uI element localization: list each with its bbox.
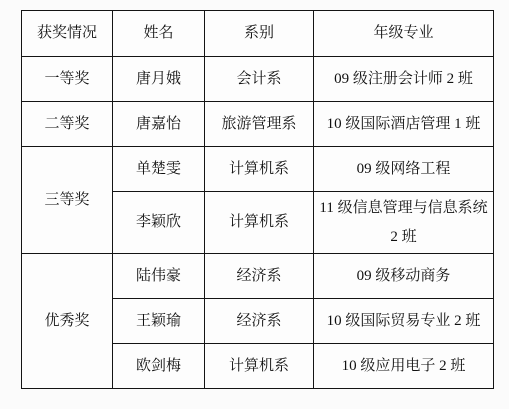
major-cell: 10 级国际贸易专业 2 班 (314, 299, 494, 344)
name-cell: 李颖欣 (113, 192, 205, 254)
table-row: 三等奖 单楚雯 计算机系 09 级网络工程 (22, 147, 494, 192)
name-cell: 唐嘉怡 (113, 102, 205, 147)
major-cell: 10 级国际酒店管理 1 班 (314, 102, 494, 147)
header-cell-name: 姓名 (113, 11, 205, 57)
major-cell: 09 级注册会计师 2 班 (314, 57, 494, 102)
dept-cell: 计算机系 (205, 147, 314, 192)
major-cell: 09 级网络工程 (314, 147, 494, 192)
major-cell: 11 级信息管理与信息系统 2 班 (314, 192, 494, 254)
award-cell: 三等奖 (22, 147, 113, 254)
dept-cell: 旅游管理系 (205, 102, 314, 147)
name-cell: 单楚雯 (113, 147, 205, 192)
table-row: 二等奖 唐嘉怡 旅游管理系 10 级国际酒店管理 1 班 (22, 102, 494, 147)
header-cell-award: 获奖情况 (22, 11, 113, 57)
header-cell-major: 年级专业 (314, 11, 494, 57)
name-cell: 唐月娥 (113, 57, 205, 102)
table-header-row: 获奖情况 姓名 系别 年级专业 (22, 11, 494, 57)
name-cell: 欧剑梅 (113, 344, 205, 389)
award-cell: 一等奖 (22, 57, 113, 102)
header-cell-dept: 系别 (205, 11, 314, 57)
award-winners-table: 获奖情况 姓名 系别 年级专业 一等奖 唐月娥 会计系 09 级注册会计师 2 … (21, 10, 494, 389)
dept-cell: 计算机系 (205, 192, 314, 254)
dept-cell: 会计系 (205, 57, 314, 102)
dept-cell: 计算机系 (205, 344, 314, 389)
major-cell: 09 级移动商务 (314, 254, 494, 299)
table-row: 一等奖 唐月娥 会计系 09 级注册会计师 2 班 (22, 57, 494, 102)
name-cell: 王颖瑜 (113, 299, 205, 344)
award-cell: 二等奖 (22, 102, 113, 147)
award-cell: 优秀奖 (22, 254, 113, 389)
document-page: 获奖情况 姓名 系别 年级专业 一等奖 唐月娥 会计系 09 级注册会计师 2 … (0, 0, 509, 409)
dept-cell: 经济系 (205, 254, 314, 299)
table-row: 优秀奖 陆伟豪 经济系 09 级移动商务 (22, 254, 494, 299)
dept-cell: 经济系 (205, 299, 314, 344)
major-cell: 10 级应用电子 2 班 (314, 344, 494, 389)
name-cell: 陆伟豪 (113, 254, 205, 299)
